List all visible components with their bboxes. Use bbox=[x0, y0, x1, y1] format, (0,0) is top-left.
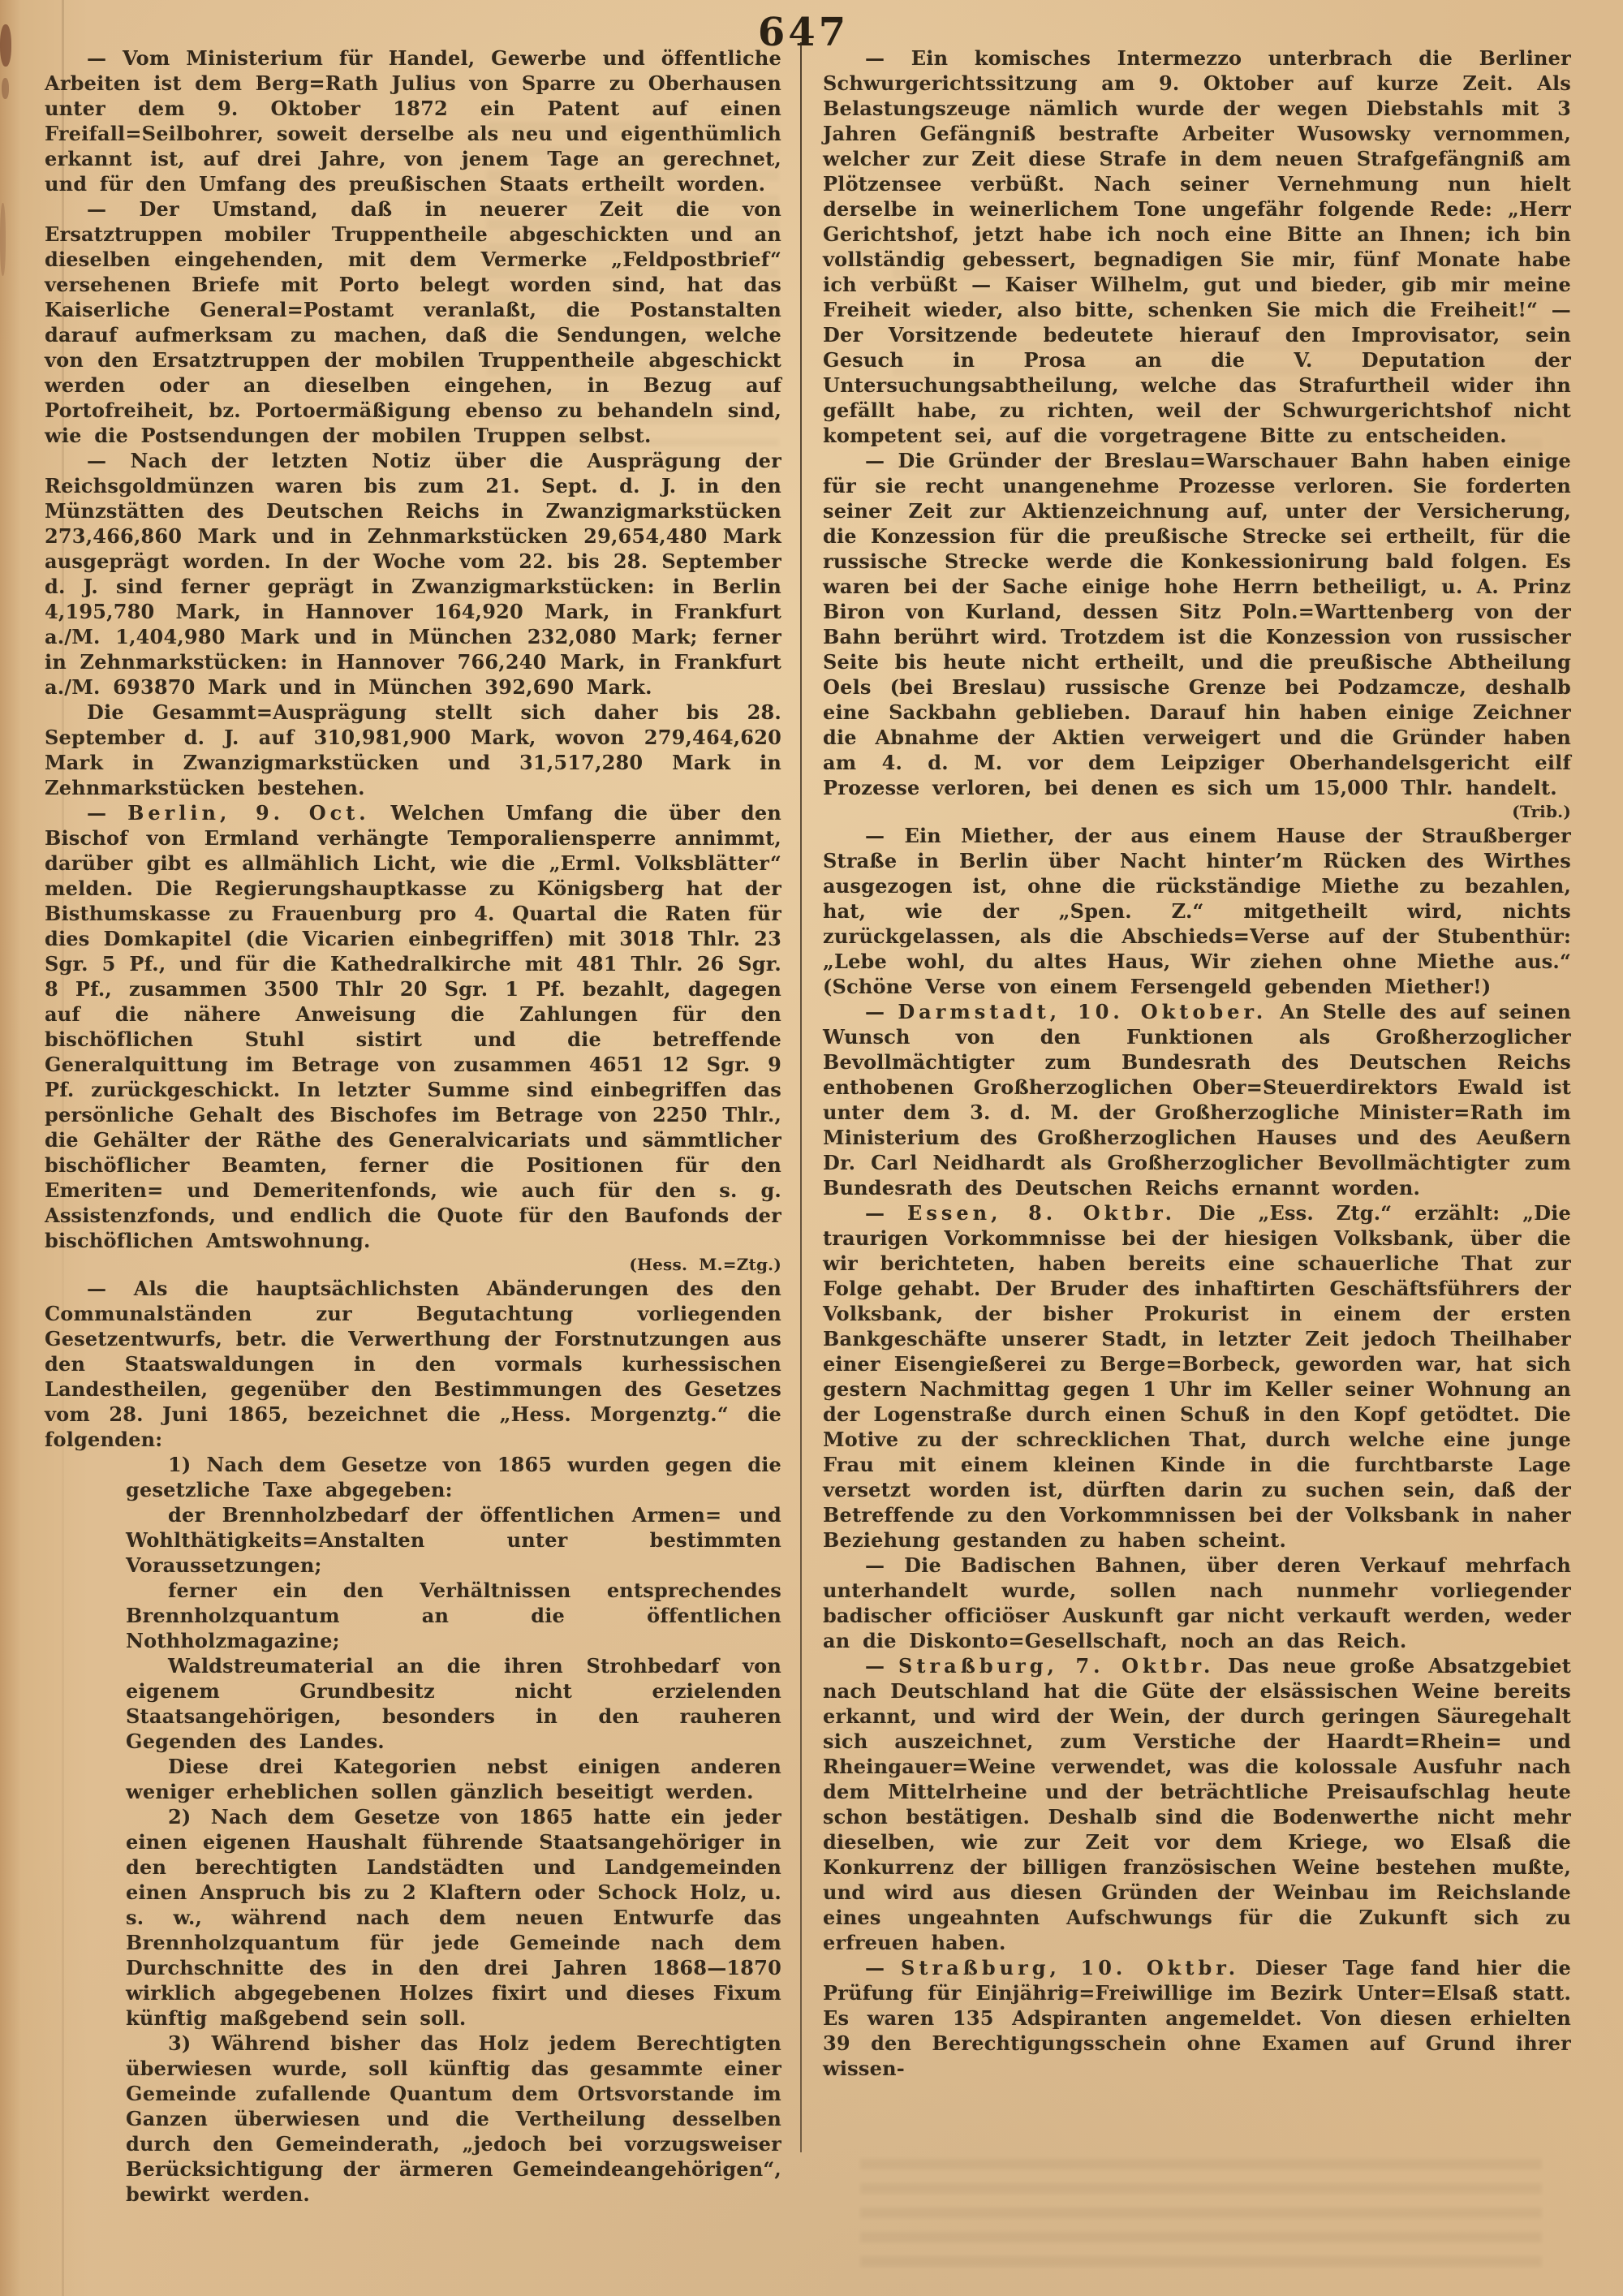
dateline: Straßburg, 7. Oktbr. bbox=[898, 1654, 1214, 1678]
newspaper-page: 647 — Vom Ministerium für Handel, Gewerb… bbox=[0, 0, 1623, 2296]
paragraph-text: — Die Badischen Bahnen, über deren Verka… bbox=[823, 1553, 1571, 1652]
paragraph-dash: — bbox=[865, 1956, 885, 1979]
paragraph-text: — Ein komisches Intermezzo unterbrach di… bbox=[823, 46, 1571, 447]
paragraph-text: — Ein Miether, der aus einem Hause der S… bbox=[823, 824, 1571, 998]
list-item-text: Nach dem Gesetze von 1865 wurden gegen d… bbox=[126, 1453, 781, 1501]
paragraph-text: — Der Umstand, daß in neuerer Zeit die v… bbox=[45, 197, 781, 447]
list-number: 3) bbox=[168, 2031, 191, 2055]
paragraph-text: — Nach der letzten Notiz über die Ausprä… bbox=[45, 449, 781, 699]
list-subitem: Waldstreumaterial an die ihren Strohbeda… bbox=[45, 1653, 781, 1754]
paragraph-text: Das neue große Absatzgebiet nach Deutsch… bbox=[823, 1654, 1571, 1954]
article-paragraph: — Berlin, 9. Oct. Welchen Umfang die übe… bbox=[45, 800, 781, 1276]
article-paragraph: — Die Badischen Bahnen, über deren Verka… bbox=[823, 1553, 1571, 1653]
article-paragraph: — Straßburg, 10. Oktbr. Dieser Tage fand… bbox=[823, 1955, 1571, 2081]
list-subitem: ferner ein den Verhältnissen entsprechen… bbox=[45, 1578, 781, 1653]
list-item-text: Waldstreumaterial an die ihren Strohbeda… bbox=[126, 1654, 781, 1753]
list-item-text: der Brennholzbedarf der öffentlichen Arm… bbox=[126, 1503, 781, 1577]
paragraph-text: Die Gesammt=Ausprägung stellt sich daher… bbox=[45, 700, 781, 799]
article-paragraph: — Nach der letzten Notiz über die Ausprä… bbox=[45, 448, 781, 700]
ink-stain bbox=[2, 78, 9, 99]
right-column: — Ein komisches Intermezzo unterbrach di… bbox=[823, 45, 1571, 2081]
list-item-text: Diese drei Kategorien nebst einigen ande… bbox=[126, 1755, 781, 1803]
article-paragraph: — Als die hauptsächlichsten Abänderungen… bbox=[45, 1276, 781, 1452]
dateline: Essen, 8. Oktbr. bbox=[907, 1201, 1176, 1225]
article-paragraph: — Die Gründer der Breslau=Warschauer Bah… bbox=[823, 448, 1571, 823]
paragraph-dash: — bbox=[87, 801, 106, 825]
dateline: Berlin, 9. Oct. bbox=[127, 801, 370, 825]
article-paragraph: — Darmstadt, 10. Oktober. An Stelle des … bbox=[823, 999, 1571, 1200]
paragraph-text: Die „Ess. Ztg.“ erzählt: „Die traurigen … bbox=[823, 1201, 1571, 1552]
list-number: 1) bbox=[168, 1453, 191, 1476]
paragraph-text: — Vom Ministerium für Handel, Gewerbe un… bbox=[45, 46, 781, 196]
article-paragraph: Die Gesammt=Ausprägung stellt sich daher… bbox=[45, 700, 781, 800]
article-paragraph: — Straßburg, 7. Oktbr. Das neue große Ab… bbox=[823, 1653, 1571, 1955]
paragraph-text: — Die Gründer der Breslau=Warschauer Bah… bbox=[823, 449, 1571, 799]
article-paragraph: — Vom Ministerium für Handel, Gewerbe un… bbox=[45, 45, 781, 196]
paragraph-text: An Stelle des auf seinen Wunsch von den … bbox=[823, 1000, 1571, 1200]
article-paragraph: — Der Umstand, daß in neuerer Zeit die v… bbox=[45, 196, 781, 448]
dateline: Darmstadt, 10. Oktober. bbox=[898, 1000, 1267, 1023]
article-paragraph: — Ein Miether, der aus einem Hause der S… bbox=[823, 823, 1571, 999]
list-item: 3) Während bisher das Holz jedem Berecht… bbox=[45, 2031, 781, 2207]
paragraph-dash: — bbox=[865, 1201, 885, 1225]
list-item: 1) Nach dem Gesetze von 1865 wurden gege… bbox=[45, 1452, 781, 1502]
list-number: 2) bbox=[168, 1805, 191, 1829]
list-subitem: Diese drei Kategorien nebst einigen ande… bbox=[45, 1754, 781, 1804]
article-paragraph: — Ein komisches Intermezzo unterbrach di… bbox=[823, 45, 1571, 448]
paragraph-text: Welchen Umfang die über den Bischof von … bbox=[45, 801, 781, 1252]
list-item-text: Während bisher das Holz jedem Berechtigt… bbox=[126, 2031, 781, 2206]
list-item-text: ferner ein den Verhältnissen entsprechen… bbox=[126, 1579, 781, 1652]
column-divider bbox=[800, 42, 802, 2152]
paragraph-dash: — bbox=[865, 1000, 885, 1023]
left-column: — Vom Ministerium für Handel, Gewerbe un… bbox=[45, 45, 781, 2207]
source-credit: (Hess. M.=Ztg.) bbox=[45, 1253, 781, 1276]
paragraph-text: — Als die hauptsächlichsten Abänderungen… bbox=[45, 1277, 781, 1451]
paragraph-dash: — bbox=[865, 1654, 885, 1678]
source-credit: (Trib.) bbox=[823, 800, 1571, 823]
dateline: Straßburg, 10. Oktbr. bbox=[901, 1956, 1239, 1979]
list-subitem: der Brennholzbedarf der öffentlichen Arm… bbox=[45, 1502, 781, 1578]
list-item: 2) Nach dem Gesetze von 1865 hatte ein j… bbox=[45, 1804, 781, 2031]
article-paragraph: — Essen, 8. Oktbr. Die „Ess. Ztg.“ erzäh… bbox=[823, 1200, 1571, 1553]
list-item-text: Nach dem Gesetze von 1865 hatte ein jede… bbox=[126, 1805, 781, 2030]
ink-stain bbox=[0, 203, 6, 276]
showthrough-text bbox=[860, 2159, 1542, 2281]
